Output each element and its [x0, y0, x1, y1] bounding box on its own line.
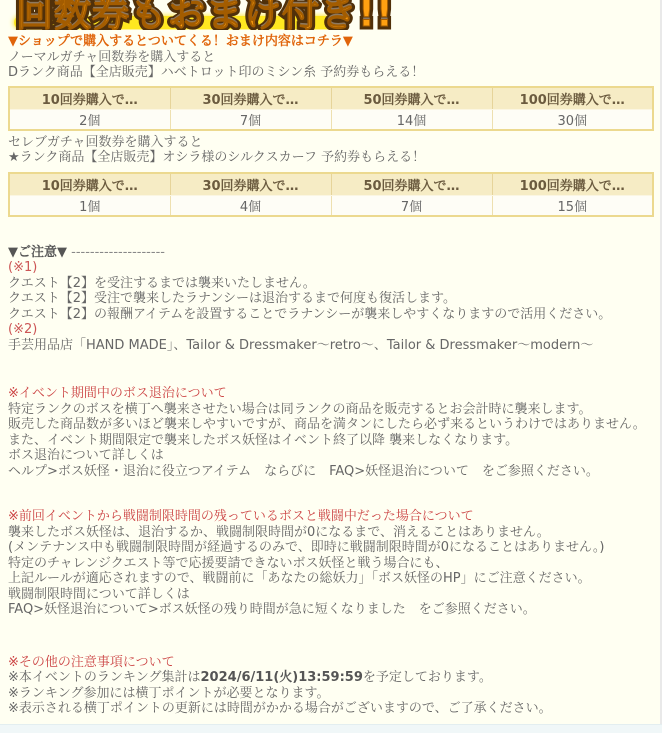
event-banner: 回数券もおまけ付き!! 回数券もおまけ付き!!: [8, 0, 654, 30]
ranking-schedule-suffix: を予定しております。: [363, 670, 492, 685]
table-value-cell: 1個: [9, 195, 170, 216]
battle-note-line: 上記ルールが適応されますので、戦闘前に「あなたの総妖力」「ボス妖怪のHP」にご注…: [8, 571, 654, 587]
table-header-cell: 100回券購入で…: [492, 173, 653, 196]
table-value-row: 2個 7個 14個 30個: [9, 109, 653, 130]
boss-section-heading: ※イベント期間中のボス退治について: [8, 386, 654, 402]
table-value-cell: 15個: [492, 195, 653, 216]
table-value-cell: 7個: [170, 109, 331, 130]
shop-bonus-heading: ▼ショップで購入するとついてくる！おまけ内容はコチラ▼: [8, 34, 654, 50]
battle-note-line: 戦闘制限時間について詳しくは: [8, 587, 654, 603]
battle-note-line: FAQ>妖怪退治について>ボス妖怪の残り時間が急に短くなりました をご参照くださ…: [8, 602, 654, 618]
celeb-gacha-bonus-table: 10回券購入で… 30回券購入で… 50回券購入で… 100回券購入で… 1個 …: [8, 172, 654, 217]
quest-note-line: クエスト【2】の報酬アイテムを設置することでラナンシーが襲来しやすくなりますので…: [8, 307, 654, 323]
notice-dashes: --------------------: [67, 245, 165, 260]
table-value-row: 1個 4個 7個 15個: [9, 195, 653, 216]
normal-gacha-reward: Dランク商品【全店販売】ハベトロット印のミシン糸 予約券もらえる！: [8, 65, 654, 81]
table-value-cell: 30個: [492, 109, 653, 130]
ranking-note-line: ※ランキング参加には横丁ポイントが必要となります。: [8, 686, 654, 702]
note-ref-2: (※2): [8, 322, 654, 338]
battle-note-line: (メンテナンス中も戦闘制限時間が経過するのみで、即時に戦闘制限時間が0になること…: [8, 540, 654, 556]
ranking-note-line: ※表示される横丁ポイントの更新には時間がかかる場合がございますので、ご了承くださ…: [8, 701, 654, 717]
normal-gacha-bonus-table: 10回券購入で… 30回券購入で… 50回券購入で… 100回券購入で… 2個 …: [8, 86, 654, 131]
table-header-cell: 100回券購入で…: [492, 87, 653, 110]
table-header-cell: 50回券購入で…: [331, 173, 492, 196]
celeb-gacha-reward: ★ランク商品【全店販売】オシラ様のシルクスカーフ 予約券もらえる！: [8, 150, 654, 166]
quest-note-line: クエスト【2】受注で襲来したラナンシーは退治するまで何度も復活します。: [8, 291, 654, 307]
event-info-page: 回数券もおまけ付き!! 回数券もおまけ付き!! ▼ショップで購入するとついてくる…: [0, 0, 662, 717]
table-header-cell: 50回券購入で…: [331, 87, 492, 110]
ranking-schedule-date: 2024/6/11(火)13:59:59: [201, 670, 363, 685]
table-header-cell: 30回券購入で…: [170, 87, 331, 110]
other-section-heading: ※その他の注意事項について: [8, 655, 654, 671]
boss-note-line: 特定ランクのボスを横丁へ襲来させたい場合は同ランクの商品を販売するとお会計時に襲…: [8, 402, 654, 418]
battle-note-line: 特定のチャレンジクエスト等で応援要請できないボス妖怪と戦う場合にも、: [8, 556, 654, 572]
ranking-schedule-prefix: ※本イベントのランキング集計は: [8, 670, 201, 685]
table-header-cell: 30回券購入で…: [170, 173, 331, 196]
notice-heading-line: ▼ご注意▼ --------------------: [8, 245, 654, 261]
table-header-row: 10回券購入で… 30回券購入で… 50回券購入で… 100回券購入で…: [9, 173, 653, 196]
normal-gacha-intro: ノーマルガチャ回数券を購入すると: [8, 50, 654, 66]
note-ref-1: (※1): [8, 260, 654, 276]
page-bottom-strip: [0, 724, 662, 733]
table-value-cell: 7個: [331, 195, 492, 216]
shops-note-line: 手芸用品店「HAND MADE」、Tailor & Dressmaker～ret…: [8, 338, 654, 354]
table-value-cell: 4個: [170, 195, 331, 216]
notice-heading: ▼ご注意▼: [8, 245, 67, 260]
battle-section-heading: ※前回イベントから戦闘制限時間の残っているボスと戦闘中だった場合について: [8, 509, 654, 525]
boss-note-line: また、イベント期間限定で襲来したボス妖怪はイベント終了以降 襲来しなくなります。: [8, 433, 654, 449]
table-header-cell: 10回券購入で…: [9, 87, 170, 110]
table-value-cell: 14個: [331, 109, 492, 130]
banner-title: 回数券もおまけ付き!! 回数券もおまけ付き!!: [16, 0, 394, 30]
ranking-schedule-line: ※本イベントのランキング集計は2024/6/11(火)13:59:59を予定して…: [8, 670, 654, 686]
boss-note-line: ボス退治について詳しくは: [8, 448, 654, 464]
battle-note-line: 襲来したボス妖怪は、退治するか、戦闘制限時間が0になるまで、消えることはありませ…: [8, 525, 654, 541]
celeb-gacha-intro: セレブガチャ回数券を購入すると: [8, 135, 654, 151]
table-value-cell: 2個: [9, 109, 170, 130]
quest-note-line: クエスト【2】を受注するまでは襲来いたしません。: [8, 276, 654, 292]
table-header-row: 10回券購入で… 30回券購入で… 50回券購入で… 100回券購入で…: [9, 87, 653, 110]
boss-note-line: ヘルプ>ボス妖怪・退治に役立つアイテム ならびに FAQ>妖怪退治について をご…: [8, 464, 654, 480]
table-header-cell: 10回券購入で…: [9, 173, 170, 196]
banner-title-text: 回数券もおまけ付き!!: [16, 0, 394, 30]
boss-note-line: 販売した商品数が多いほど襲来しやすいですが、商品を満タンにしたら必ず来るというわ…: [8, 417, 654, 433]
